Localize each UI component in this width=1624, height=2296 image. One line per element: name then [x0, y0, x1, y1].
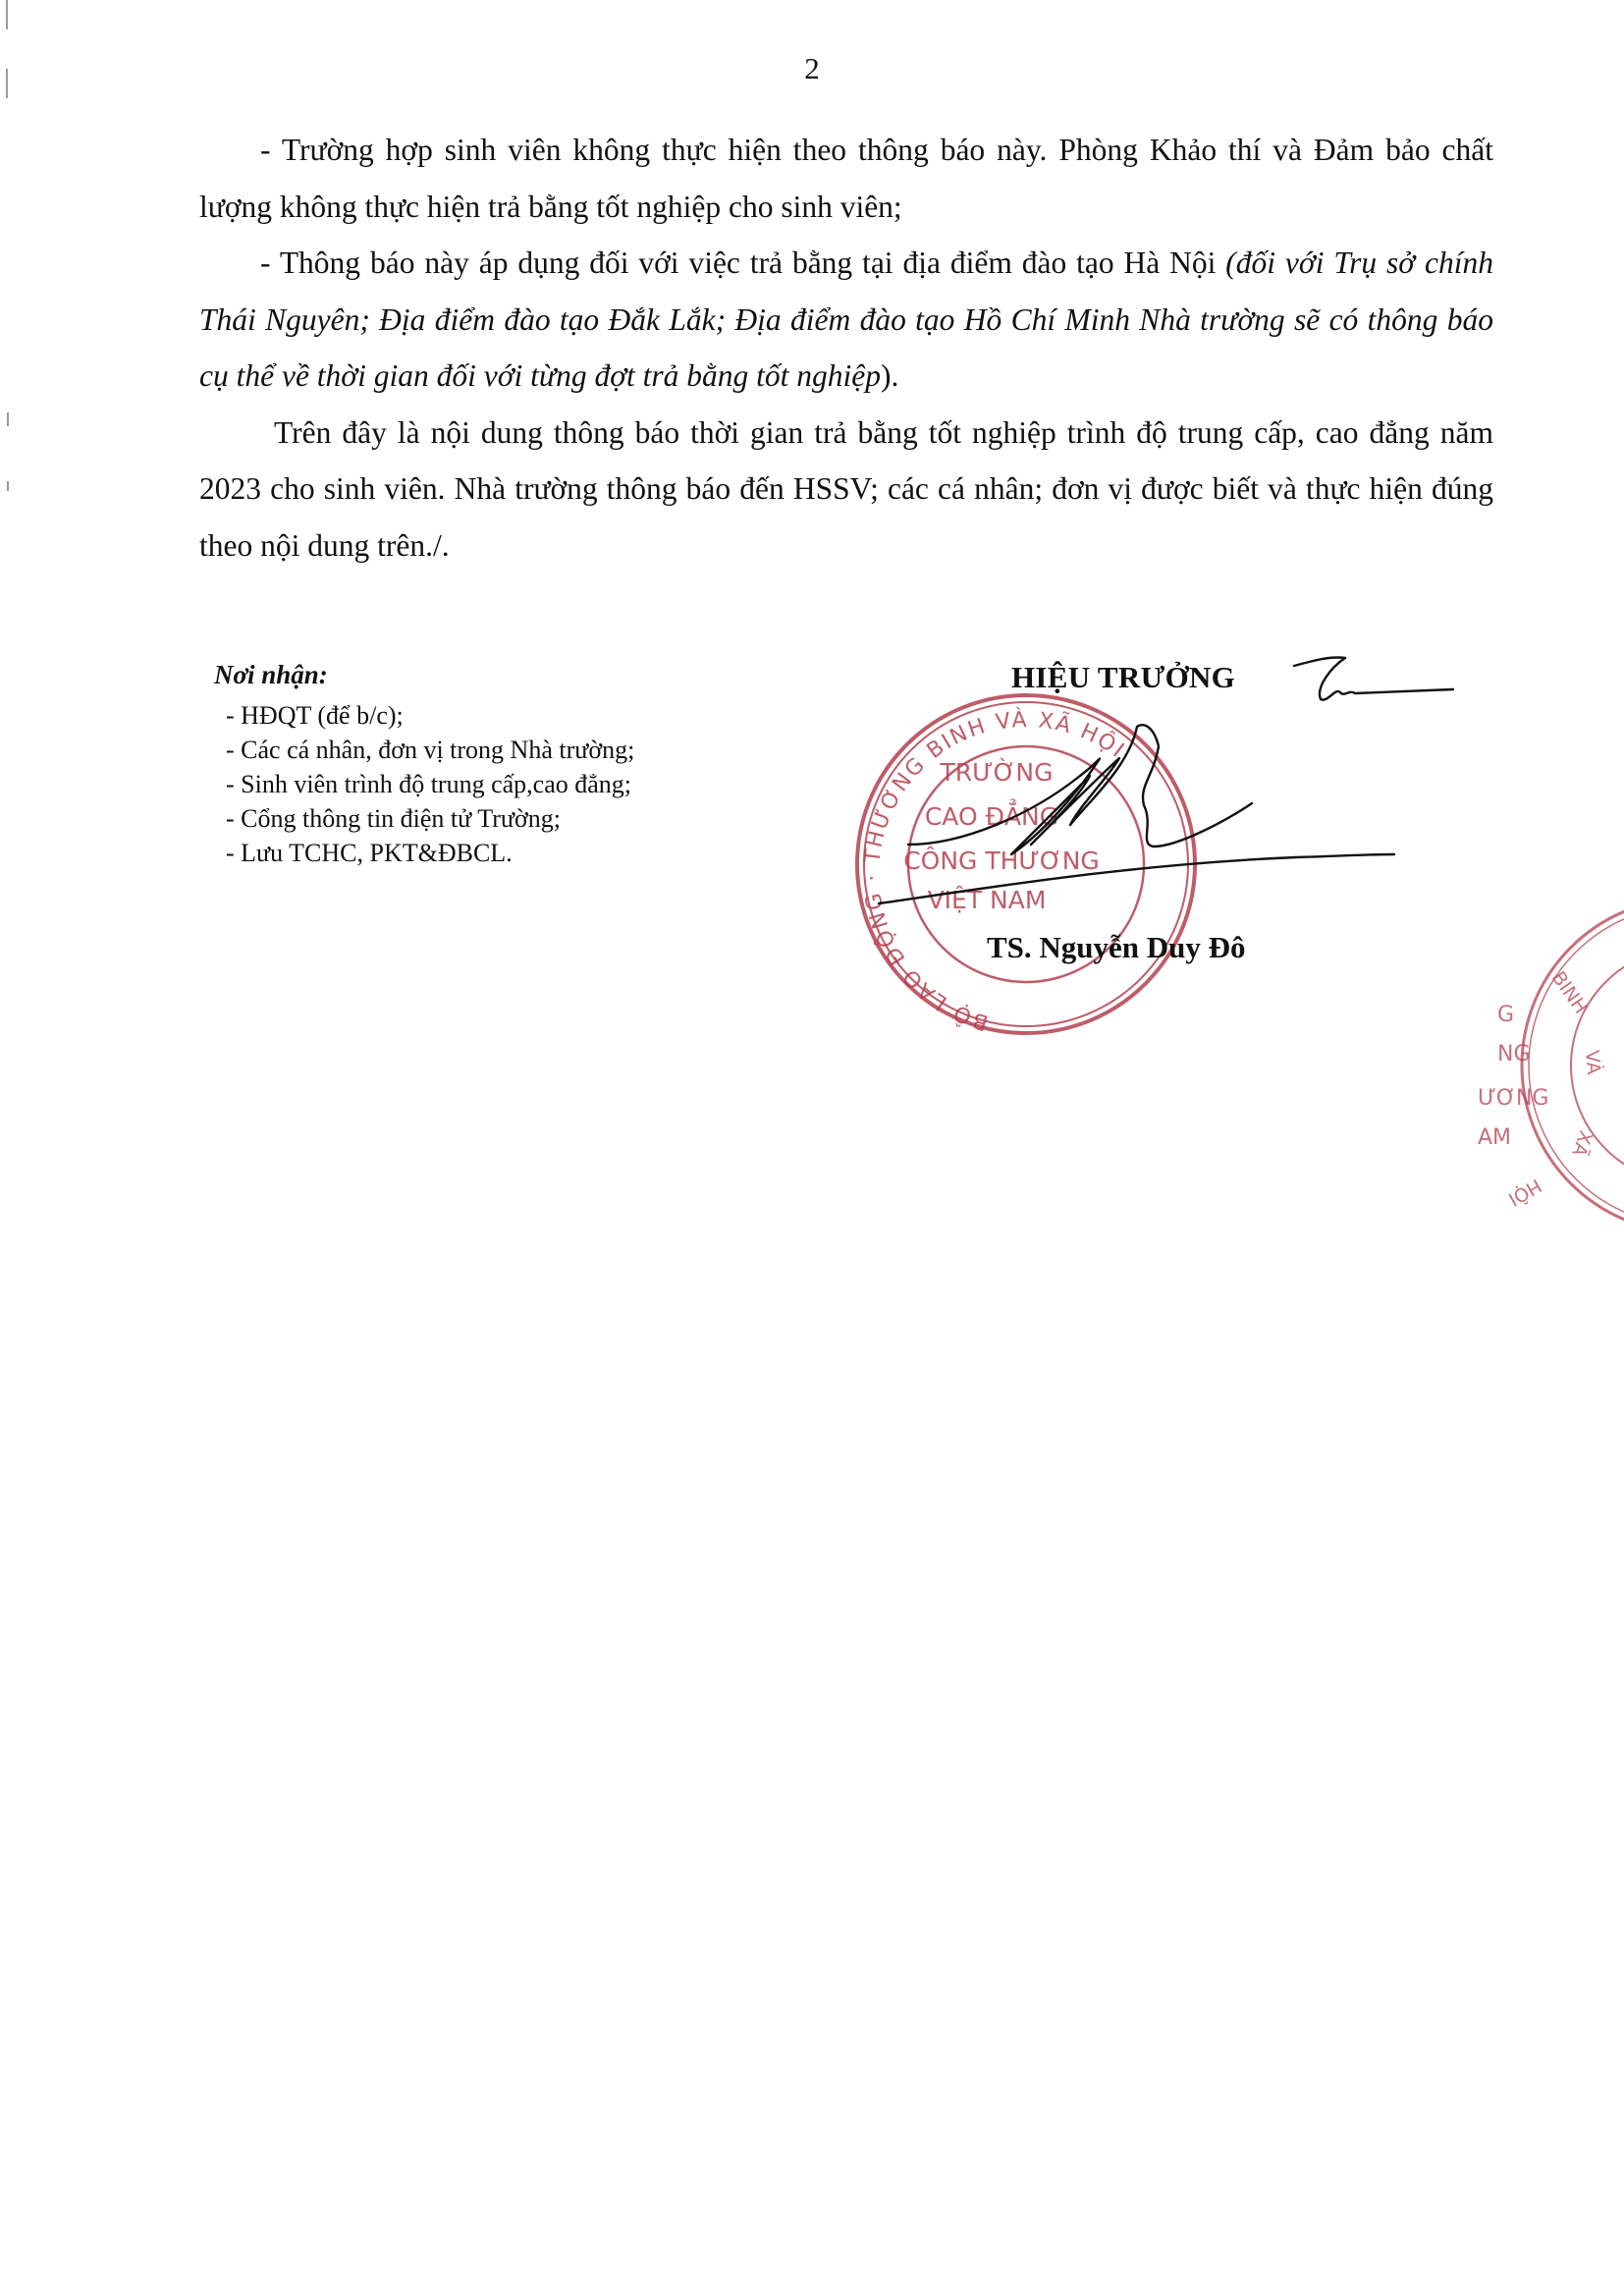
stamp-line: CÔNG THƯƠNG	[903, 846, 1100, 875]
recipient-item: - Lưu TCHC, PKT&ĐBCL.	[226, 836, 634, 870]
signer-name: TS. Nguyễn Duy Đô	[987, 930, 1246, 965]
recipient-item: - Sinh viên trình độ trung cấp,cao đẳng;	[226, 767, 634, 801]
closing-paragraph: Trên đây là nội dung thông báo thời gian…	[199, 405, 1493, 574]
recipient-item: - Các cá nhân, đơn vị trong Nhà trường;	[226, 733, 634, 767]
svg-text:BỘ LAO ĐỘNG · THƯƠNG BINH VÀ: BỘ LAO ĐỘNG · THƯƠNG BINH VÀ XÃ HỘI	[860, 707, 1129, 1035]
recipients-block: Nơi nhận: - HĐQT (để b/c); - Các cá nhân…	[214, 658, 634, 870]
partial-stamp-text: G NG ƯƠNG AM BINH VÀ XÃ HỘI	[1478, 967, 1605, 1212]
page-number: 2	[0, 51, 1624, 86]
svg-text:HỘI: HỘI	[1504, 1175, 1545, 1212]
recipient-item: - Cổng thông tin điện tử Trường;	[226, 801, 634, 836]
text-run: Trên đây là nội dung thông báo thời gian…	[199, 415, 1493, 563]
recipients-list: - HĐQT (để b/c); - Các cá nhân, đơn vị t…	[214, 698, 634, 870]
recipient-item: - HĐQT (để b/c);	[226, 698, 634, 733]
stamp-line: VIỆT NAM	[928, 886, 1047, 914]
stamp-text: BỘ LAO ĐỘNG · THƯƠNG BINH VÀ XÃ HỘI TRƯỜ…	[860, 707, 1129, 1035]
svg-text:ƯƠNG: ƯƠNG	[1478, 1086, 1548, 1111]
svg-text:G: G	[1497, 1003, 1514, 1027]
stamp-line: TRƯỜNG	[940, 757, 1054, 787]
document-body: - Trường hợp sinh viên không thực hiện t…	[199, 122, 1493, 574]
recipients-title: Nơi nhận:	[214, 658, 634, 692]
svg-text:BINH: BINH	[1547, 967, 1592, 1017]
stamp-ring-text: BỘ LAO ĐỘNG · THƯƠNG BINH VÀ XÃ HỘI	[860, 707, 1129, 1035]
signer-title: HIỆU TRƯỞNG	[1011, 660, 1235, 695]
text-run: - Thông báo này áp dụng đối với việc trả…	[260, 246, 1225, 280]
paragraph: - Trường hợp sinh viên không thực hiện t…	[199, 122, 1493, 235]
partial-stamp	[1522, 899, 1624, 1232]
svg-text:VÀ: VÀ	[1581, 1049, 1605, 1075]
svg-text:NG: NG	[1497, 1042, 1531, 1066]
text-run: ).	[881, 358, 898, 393]
svg-text:AM: AM	[1478, 1125, 1511, 1150]
svg-text:XÃ: XÃ	[1567, 1127, 1597, 1159]
paragraph: - Thông báo này áp dụng đối với việc trả…	[199, 235, 1493, 405]
official-stamp	[857, 695, 1195, 1033]
stamp-line: CAO ĐẲNG	[925, 798, 1058, 831]
text-run: - Trường hợp sinh viên không thực hiện t…	[199, 133, 1493, 224]
